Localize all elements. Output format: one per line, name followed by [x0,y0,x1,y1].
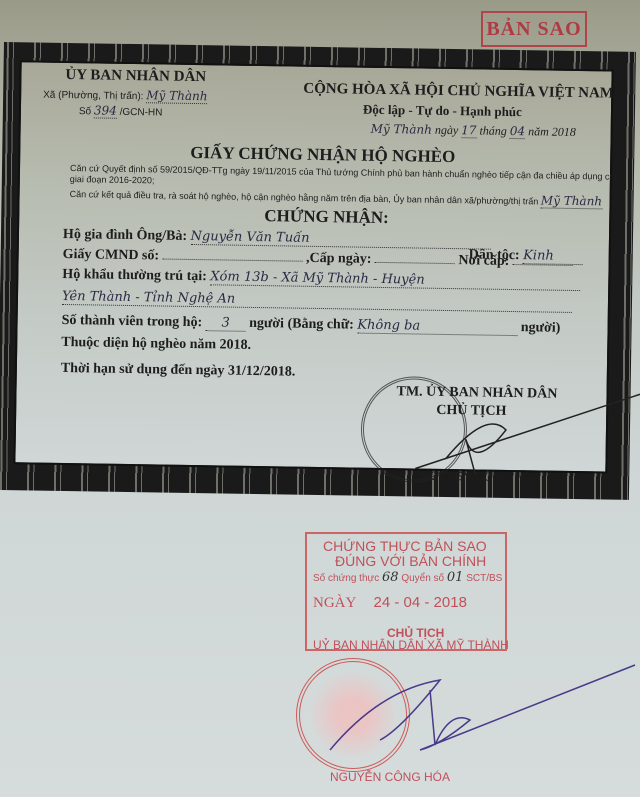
preamble-commune-value: Mỹ Thành [541,193,602,209]
day-value: 17 [461,123,477,138]
residence-label: Hộ khẩu thường trú tại: [62,267,207,284]
copy-stamp: BẢN SAO [481,11,587,47]
members-close: người) [521,320,561,336]
number-suffix: /GCN-HN [120,107,163,119]
preamble-line-2: giai đoạn 2016-2020; [70,174,155,185]
members-unit: người (Bằng chữ: [249,316,354,333]
bottom-signature [320,650,640,760]
certificate: ỦY BAN NHÂN DÂN Xã (Phường, Thị trấn): M… [0,42,636,500]
id-label: Giấy CMND số: [63,247,160,264]
motto: Độc lập - Tự do - Hạnh phúc [363,102,522,120]
household-label: Hộ gia đình Ông/Bà: [63,227,187,244]
book-suffix: SCT/BS [466,573,502,584]
id-value [163,259,303,262]
commune-label-text: Xã (Phường, Thị trấn): [43,90,144,103]
residence-row: Hộ khẩu thường trú tại: Xóm 13b - Xã Mỹ … [62,267,580,291]
book-label: Quyển số [401,573,444,584]
household-row: Hộ gia đình Ông/Bà: Nguyễn Văn Tuấn [63,227,491,250]
month-label: tháng [479,123,507,137]
number-value: 394 [94,103,117,118]
signer-name: NGUYỄN CÔNG HÓA [420,469,540,485]
certifies-heading: CHỨNG NHẬN: [264,206,389,228]
stamp-line-1: CHỨNG THỰC BẢN SAO [323,538,487,554]
bottom-signer-name: NGUYỄN CÔNG HÓA [330,770,450,784]
number-label: Số [79,106,91,117]
document-title: GIẤY CHỨNG NHẬN HỘ NGHÈO [190,143,455,167]
members-value: 3 [206,315,246,332]
members-label: Số thành viên trong hộ: [62,313,203,330]
issuing-org: ỦY BAN NHÂN DÂN [65,67,206,86]
commune-value: Mỹ Thành [146,88,207,104]
certificate-number: Số 394 /GCN-HN [79,103,163,119]
residence-row-2: Yên Thành - Tỉnh Nghệ An [62,289,572,313]
day-label: ngày [435,123,459,137]
record-label: Số chứng thực [313,573,379,584]
book-value: 01 [447,570,464,585]
issue-date-label: ,Cấp ngày: [306,251,372,267]
certificate-body: ỦY BAN NHÂN DÂN Xã (Phường, Thị trấn): M… [13,60,613,473]
members-row: Số thành viên trong hộ: 3 người (Bằng ch… [62,313,561,337]
issue-date: Mỹ Thành ngày 17 tháng 04 năm 2018 [371,122,576,140]
record-value: 68 [382,570,399,585]
validity-date: Thời hạn sử dụng đến ngày 31/12/2018. [61,361,296,381]
month-value: 04 [510,124,526,139]
poverty-category: Thuộc diện hộ nghèo năm 2018. [61,335,251,354]
issue-place-value [513,264,573,266]
stamp-date-value: 24 - 04 - 2018 [374,594,467,611]
preamble-line-3: Căn cứ kết quả điều tra, rà soát hộ nghè… [70,186,603,209]
stamp-record-row: Số chứng thực 68 Quyển số 01 SCT/BS [313,570,502,585]
stamp-line-2: ĐÚNG VỚI BẢN CHÍNH [335,553,486,569]
stamp-date-row: NGÀY 24 - 04 - 2018 [313,594,467,612]
issue-place-label: Nơi cấp: [458,253,509,269]
year-label: năm 2018 [528,124,576,139]
stamp-date-label: NGÀY [313,595,356,611]
residence-line-1: Xóm 13b - Xã Mỹ Thành - Huyện [210,269,580,291]
preamble-line-3-text: Căn cứ kết quả điều tra, rà soát hộ nghè… [70,189,539,206]
commune-label: Xã (Phường, Thị trấn): Mỹ Thành [43,87,208,105]
issue-place: Mỹ Thành [371,122,432,137]
issue-date-value [375,262,455,264]
certified-copy-stamp: CHỨNG THỰC BẢN SAO ĐÚNG VỚI BẢN CHÍNH Số… [305,532,507,651]
nation-title: CỘNG HÒA XÃ HỘI CHỦ NGHĨA VIỆT NAM [303,81,614,103]
members-words: Không ba [357,318,517,337]
residence-line-2: Yên Thành - Tỉnh Nghệ An [62,289,572,313]
household-value: Nguyễn Văn Tuấn [190,229,490,250]
